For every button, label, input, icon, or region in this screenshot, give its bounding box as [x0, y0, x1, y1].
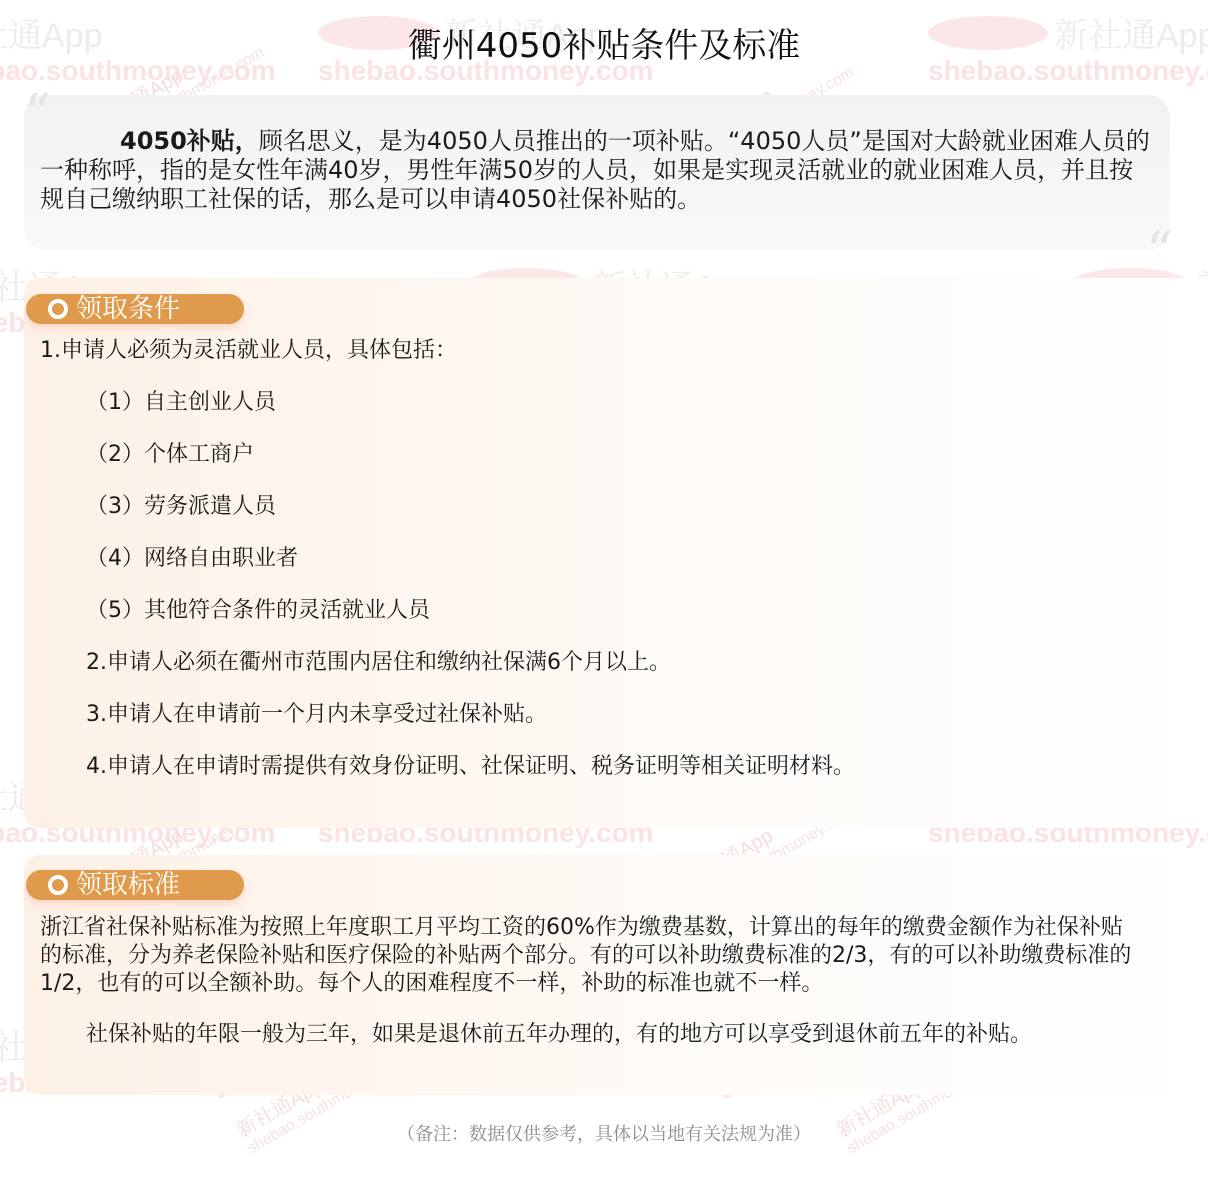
condition-item: 1.申请人必须为灵活就业人员，具体包括：	[40, 337, 457, 365]
quote-close-icon: “	[1146, 226, 1173, 278]
intro-text: 4050补贴，顾名思义，是为4050人员推出的一项补贴。“4050人员”是国对大…	[40, 127, 1152, 214]
condition-subitem: （5）其他符合条件的灵活就业人员	[86, 597, 430, 625]
condition-item: 4.申请人在申请时需提供有效身份证明、社保证明、税务证明等相关证明材料。	[86, 753, 855, 781]
quote-open-icon: “	[24, 88, 51, 140]
intro-card: 4050补贴，顾名思义，是为4050人员推出的一项补贴。“4050人员”是国对大…	[24, 95, 1170, 250]
conditions-heading-label: 领取条件	[76, 294, 180, 324]
condition-subitem: （2）个体工商户	[86, 441, 254, 469]
ring-icon	[48, 299, 68, 319]
footer-note: （备注：数据仅供参考，具体以当地有关法规为准）	[0, 1120, 1208, 1146]
page-title: 衢州4050补贴条件及标准	[0, 24, 1208, 68]
standards-heading: 领取标准	[26, 870, 244, 900]
standards-heading-label: 领取标准	[76, 870, 180, 900]
standards-paragraph: 社保补贴的年限一般为三年，如果是退休前五年办理的，有的地方可以享受到退休前五年的…	[86, 1021, 1032, 1049]
conditions-heading: 领取条件	[26, 294, 244, 324]
condition-item: 3.申请人在申请前一个月内未享受过社保补贴。	[86, 701, 547, 729]
condition-item: 2.申请人必须在衢州市范围内居住和缴纳社保满6个月以上。	[86, 649, 671, 677]
intro-bold-lead: 4050补贴，	[120, 127, 259, 155]
condition-subitem: （4）网络自由职业者	[86, 545, 298, 573]
condition-subitem: （1）自主创业人员	[86, 389, 276, 417]
condition-subitem: （3）劳务派遣人员	[86, 493, 276, 521]
standards-paragraph: 浙江省社保补贴标准为按照上年度职工月平均工资的60%作为缴费基数，计算出的每年的…	[40, 914, 1140, 998]
ring-icon	[48, 875, 68, 895]
